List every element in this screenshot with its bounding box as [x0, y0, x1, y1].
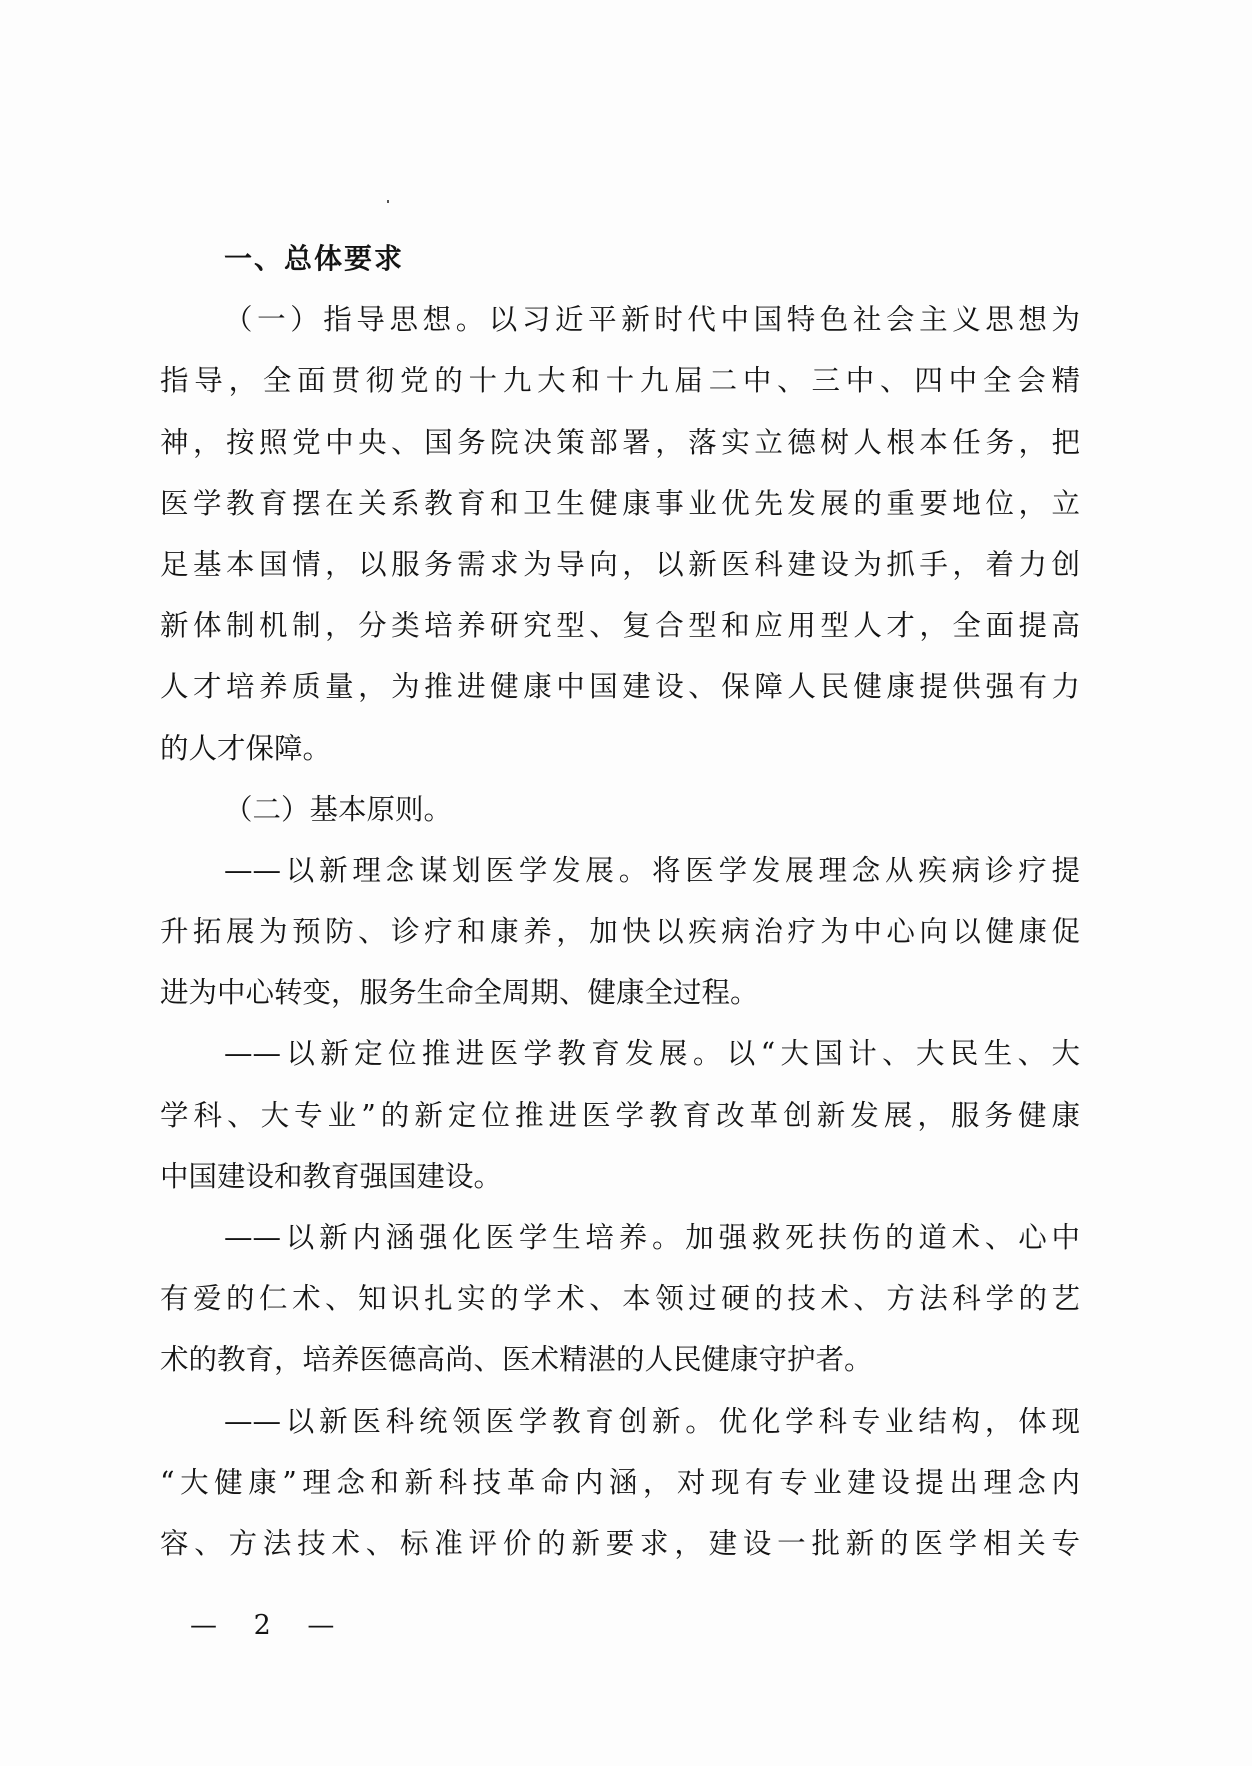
scan-speck	[387, 200, 389, 203]
paragraph-line: ——以新内涵强化医学生培养。加强救死扶伤的道术、心中	[160, 1207, 1080, 1268]
paragraph-line: ——以新定位推进医学教育发展。以“大国计、大民生、大	[160, 1023, 1080, 1084]
paragraph-line: ——以新医科统领医学教育创新。优化学科专业结构，体现	[160, 1391, 1080, 1452]
paragraph-line: 有爱的仁术、知识扎实的学术、本领过硬的技术、方法科学的艺	[160, 1268, 1080, 1329]
paragraph-principle-new-positioning: ——以新定位推进医学教育发展。以“大国计、大民生、大 学科、大专业”的新定位推进…	[160, 1023, 1080, 1207]
subsection-heading: （二）基本原则。	[160, 779, 1080, 840]
paragraph-line: 新体制机制，分类培养研究型、复合型和应用型人才，全面提高	[160, 595, 1080, 656]
paragraph-line: 的人才保障。	[160, 718, 1080, 779]
document-page: 一、总体要求 （一）指导思想。以习近平新时代中国特色社会主义思想为 指导，全面贯…	[0, 0, 1252, 1766]
paragraph-line: 指导，全面贯彻党的十九大和十九届二中、三中、四中全会精	[160, 350, 1080, 411]
page-number: — 2 —	[190, 1610, 348, 1641]
section-heading: 一、总体要求	[160, 228, 1080, 289]
paragraph-line: 中国建设和教育强国建设。	[160, 1146, 1080, 1207]
paragraph-line: “大健康”理念和新科技革命内涵，对现有专业建设提出理念内	[160, 1452, 1080, 1513]
paragraph-principle-new-concept: ——以新理念谋划医学发展。将医学发展理念从疾病诊疗提 升拓展为预防、诊疗和康养，…	[160, 840, 1080, 1024]
paragraph-line: 术的教育，培养医德高尚、医术精湛的人民健康守护者。	[160, 1329, 1080, 1390]
paragraph-line: ——以新理念谋划医学发展。将医学发展理念从疾病诊疗提	[160, 840, 1080, 901]
paragraph-principle-new-connotation: ——以新内涵强化医学生培养。加强救死扶伤的道术、心中 有爱的仁术、知识扎实的学术…	[160, 1207, 1080, 1391]
paragraph-line: 医学教育摆在关系教育和卫生健康事业优先发展的重要地位，立	[160, 473, 1080, 534]
paragraph-line: （一）指导思想。以习近平新时代中国特色社会主义思想为	[160, 289, 1080, 350]
document-body: 一、总体要求 （一）指导思想。以习近平新时代中国特色社会主义思想为 指导，全面贯…	[160, 228, 1080, 1574]
paragraph-line: 升拓展为预防、诊疗和康养，加快以疾病治疗为中心向以健康促	[160, 901, 1080, 962]
paragraph-line: 足基本国情，以服务需求为导向，以新医科建设为抓手，着力创	[160, 534, 1080, 595]
paragraph-line: 进为中心转变，服务生命全周期、健康全过程。	[160, 962, 1080, 1023]
paragraph-principle-new-medicine: ——以新医科统领医学教育创新。优化学科专业结构，体现 “大健康”理念和新科技革命…	[160, 1391, 1080, 1575]
paragraph-line: 人才培养质量，为推进健康中国建设、保障人民健康提供强有力	[160, 656, 1080, 717]
paragraph-line: 容、方法技术、标准评价的新要求，建设一批新的医学相关专	[160, 1513, 1080, 1574]
paragraph-line: 神，按照党中央、国务院决策部署，落实立德树人根本任务，把	[160, 412, 1080, 473]
paragraph-guiding-ideology: （一）指导思想。以习近平新时代中国特色社会主义思想为 指导，全面贯彻党的十九大和…	[160, 289, 1080, 779]
paragraph-basic-principles: （二）基本原则。	[160, 779, 1080, 840]
paragraph-line: 学科、大专业”的新定位推进医学教育改革创新发展，服务健康	[160, 1085, 1080, 1146]
